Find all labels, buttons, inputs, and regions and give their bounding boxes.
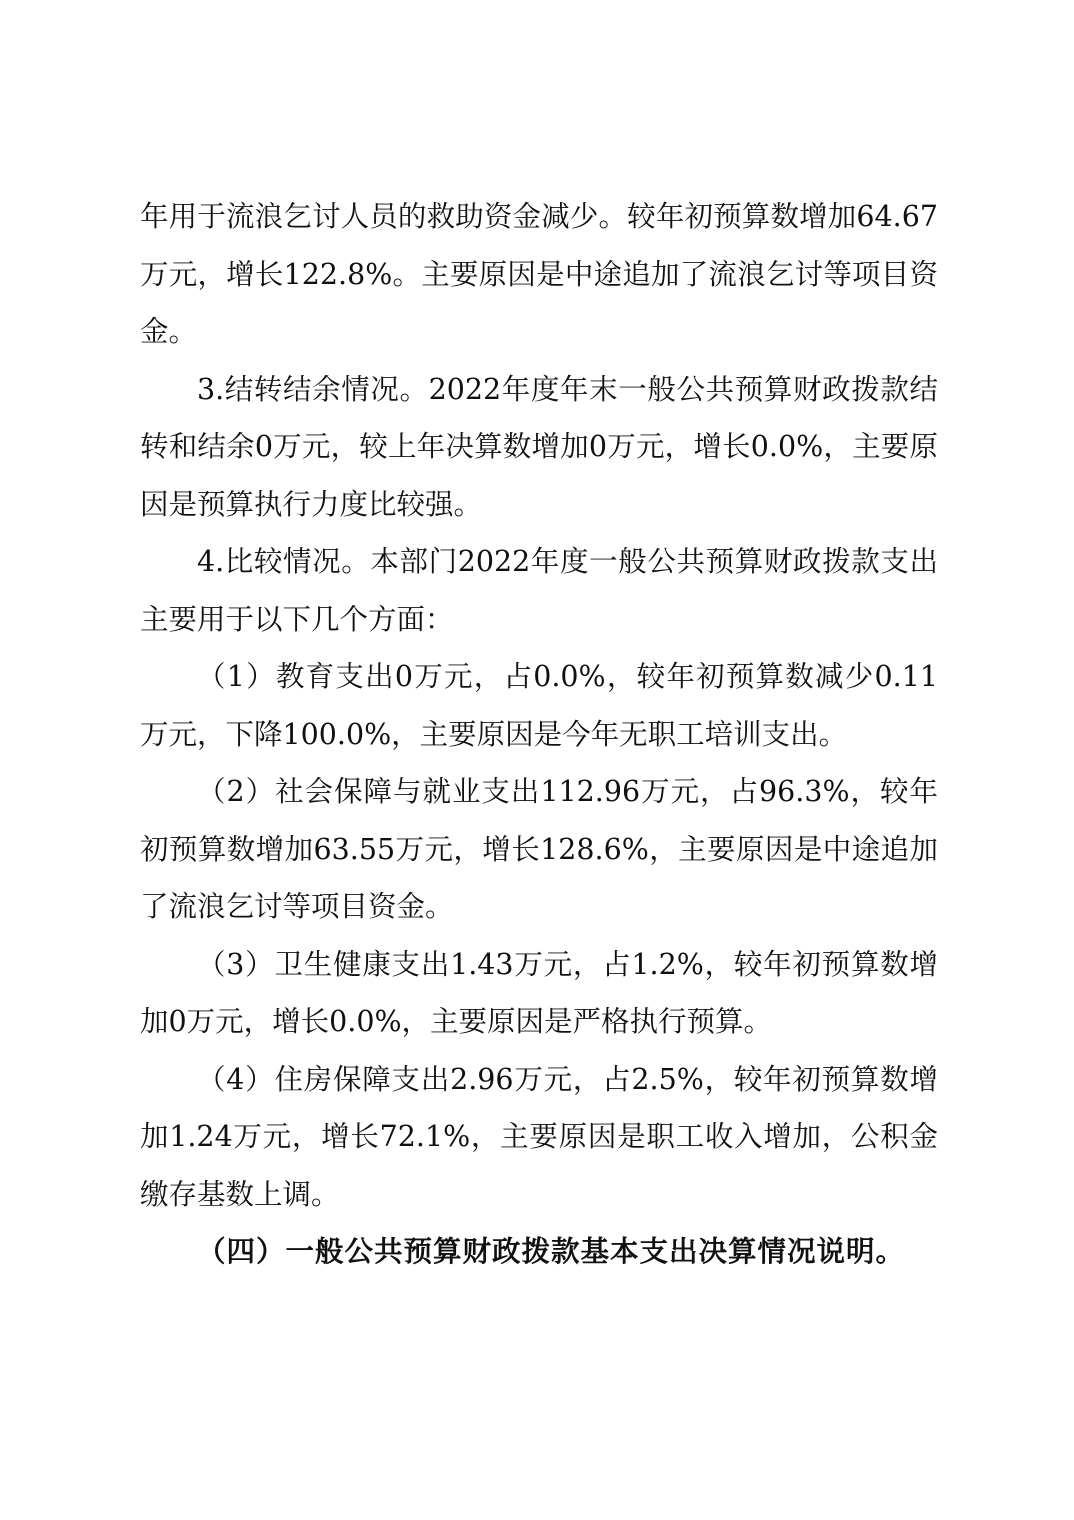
paragraph-comparison-intro: 4.比较情况。本部门2022年度一般公共预算财政拨款支出主要用于以下几个方面： bbox=[140, 533, 938, 648]
paragraph-housing-expense: （4）住房保障支出2.96万元，占2.5%，较年初预算数增加1.24万元，增长7… bbox=[140, 1051, 938, 1224]
paragraph-health-expense: （3）卫生健康支出1.43万元，占1.2%，较年初预算数增加0万元，增长0.0%… bbox=[140, 936, 938, 1051]
section-heading-basic-expenditure: （四）一般公共预算财政拨款基本支出决算情况说明。 bbox=[140, 1223, 938, 1281]
document-page: 年用于流浪乞讨人员的救助资金减少。较年初预算数增加64.67万元，增长122.8… bbox=[140, 188, 938, 1281]
paragraph-carryover-balance: 3.结转结余情况。2022年度年末一般公共预算财政拨款结转和结余0万元，较上年决… bbox=[140, 361, 938, 534]
paragraph-social-security-expense: （2）社会保障与就业支出112.96万元，占96.3%，较年初预算数增加63.5… bbox=[140, 763, 938, 936]
paragraph-education-expense: （1）教育支出0万元，占0.0%，较年初预算数减少0.11万元，下降100.0%… bbox=[140, 648, 938, 763]
paragraph-relief-funds-continuation: 年用于流浪乞讨人员的救助资金减少。较年初预算数增加64.67万元，增长122.8… bbox=[140, 188, 938, 361]
